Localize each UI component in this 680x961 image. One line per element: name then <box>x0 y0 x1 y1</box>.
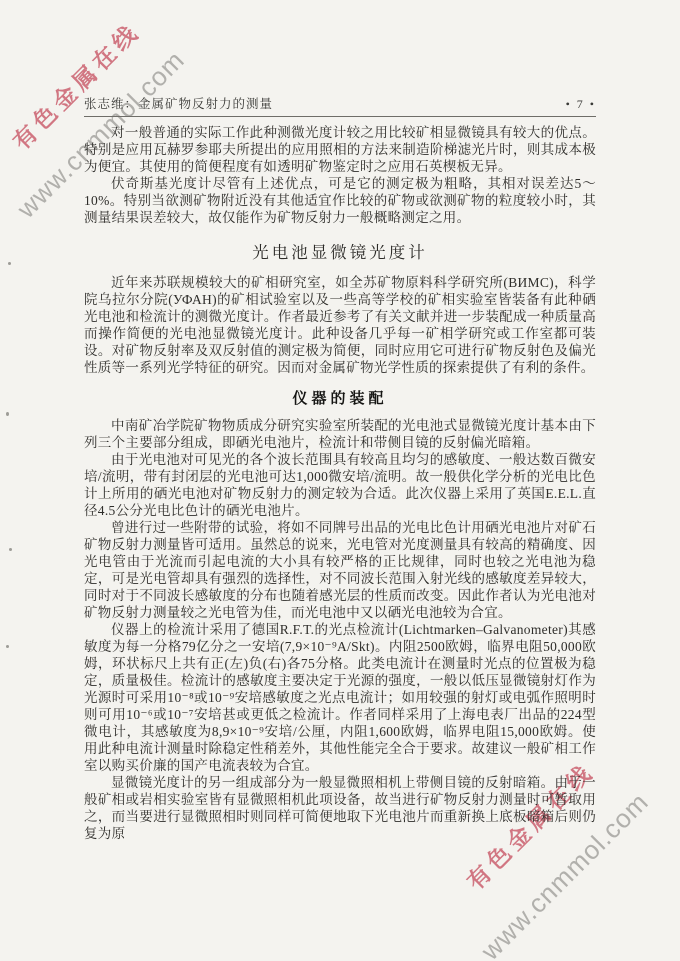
body-text: 对一般普通的实际工作此种测微光度计较之用比较矿相显微镜具有较大的优点。特别是应用… <box>84 124 596 842</box>
scanned-page: 有色金属在线 www.cnmmol.com 有色金属在线 www.cnmmol.… <box>0 0 680 961</box>
paragraph-8: 显微镜光度计的另一组成部分为一般显微照相机上带侧目镜的反射暗箱。由于一般矿相或岩… <box>84 774 596 842</box>
paragraph-2: 伏奇斯基光度计尽管有上述优点，可是它的测定极为粗略，其相对误差达5～10%。特别… <box>84 175 596 226</box>
paragraph-3: 近年来苏联规模较大的矿相研究室，如全苏矿物原料科学研究所(ВИМС)，科学院乌拉… <box>84 274 596 376</box>
paragraph-7: 仪器上的检流计采用了德国R.F.T.的光点检流计(Lichtmarken–Gal… <box>84 621 596 774</box>
scan-speck <box>6 645 9 648</box>
page-number: • 7 • <box>566 97 596 112</box>
section-title-photocell-photometer: 光电池显微镜光度计 <box>84 239 596 263</box>
scan-speck <box>8 262 11 265</box>
paragraph-4: 中南矿冶学院矿物物质成分研究实验室所装配的光电池式显微镜光度计基本由下列三个主要… <box>84 417 596 451</box>
running-title: 张志维：金属矿物反射力的测量 <box>84 94 273 112</box>
paragraph-5: 由于光电池对可见光的各个波长范围具有较高且均匀的感敏度、一般达数百微安培/流明，… <box>84 451 596 519</box>
scan-speck <box>9 548 12 551</box>
paragraph-6: 曾进行过一些附带的试验，将如不同牌号出品的光电比色计用硒光电池片对矿石矿物反射力… <box>84 519 596 621</box>
sub-title-instrument-assembly: 仪器的装配 <box>84 387 596 408</box>
running-head: 张志维：金属矿物反射力的测量 • 7 • <box>84 94 596 117</box>
scan-speck <box>6 412 9 416</box>
paragraph-1: 对一般普通的实际工作此种测微光度计较之用比较矿相显微镜具有较大的优点。特别是应用… <box>84 124 596 175</box>
page-content: 张志维：金属矿物反射力的测量 • 7 • 对一般普通的实际工作此种测微光度计较之… <box>84 94 596 842</box>
